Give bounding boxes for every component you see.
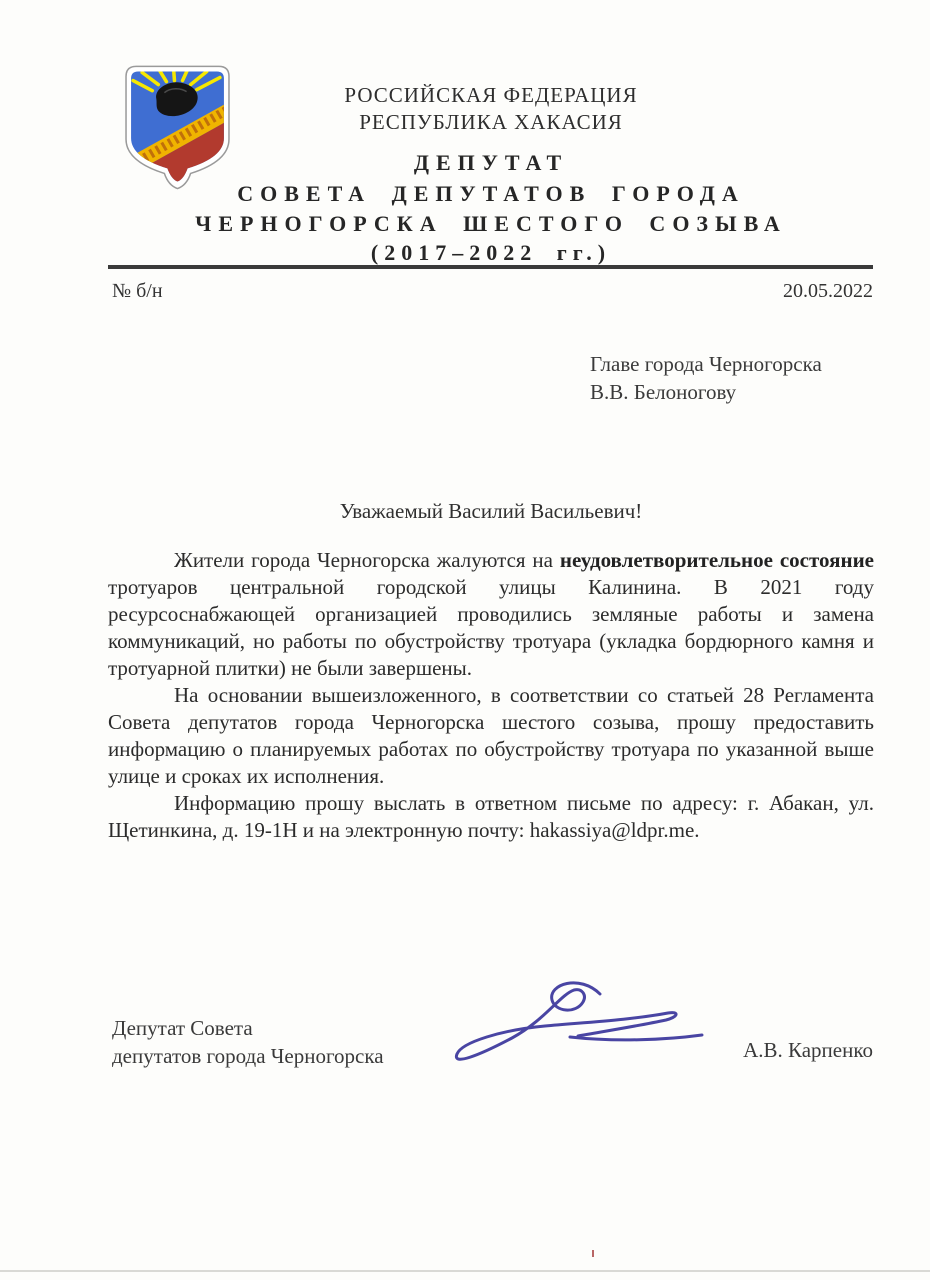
letterhead-country: РОССИЙСКАЯ ФЕДЕРАЦИЯ: [108, 82, 874, 109]
handwritten-signature: [450, 976, 720, 1086]
salutation: Уважаемый Василий Васильевич!: [108, 499, 874, 524]
paragraph-1-text-cont: тротуаров центральной городской улицы Ка…: [108, 575, 874, 680]
letterhead-divider: [108, 265, 873, 269]
addressee-block: Главе города Черногорска В.В. Белоногову: [590, 350, 822, 406]
document-number: № б/н: [112, 280, 163, 303]
signature-stroke-tail: [570, 1035, 702, 1040]
paragraph-2: На основании вышеизложенного, в соответс…: [108, 682, 874, 790]
signatory-position: Депутат Совета депутатов города Черногор…: [112, 1014, 384, 1070]
scan-artifact-speck: [592, 1250, 594, 1257]
scanned-letter-page: РОССИЙСКАЯ ФЕДЕРАЦИЯ РЕСПУБЛИКА ХАКАСИЯ …: [0, 0, 930, 1280]
paragraph-1: Жители города Черногорска жалуются на не…: [108, 547, 874, 682]
addressee-line1: Главе города Черногорска: [590, 350, 822, 378]
signatory-name: А.В. Карпенко: [743, 1038, 873, 1063]
letterhead-title-line2: СОВЕТА ДЕПУТАТОВ ГОРОДА: [108, 181, 874, 207]
scan-artifact-page-edge: [0, 1270, 930, 1272]
letterhead-region: РЕСПУБЛИКА ХАКАСИЯ: [108, 109, 874, 136]
letterhead-title-line3: ЧЕРНОГОРСКА ШЕСТОГО СОЗЫВА: [108, 211, 874, 237]
paragraph-1-bold-text: неудовлетворительное состояние: [560, 548, 874, 572]
letter-body: Жители города Черногорска жалуются на не…: [108, 547, 874, 844]
letterhead-title-line1: ДЕПУТАТ: [108, 150, 874, 176]
paragraph-3: Информацию прошу выслать в ответном пись…: [108, 790, 874, 844]
document-date: 20.05.2022: [783, 280, 873, 303]
paragraph-1-text: Жители города Черногорска жалуются на: [174, 548, 560, 572]
signature-stroke-main: [456, 983, 676, 1059]
signatory-position-line2: депутатов города Черногорска: [112, 1042, 384, 1070]
signatory-position-line1: Депутат Совета: [112, 1014, 384, 1042]
addressee-line2: В.В. Белоногову: [590, 378, 822, 406]
letterhead-title-line4: (2017–2022 гг.): [108, 240, 874, 266]
